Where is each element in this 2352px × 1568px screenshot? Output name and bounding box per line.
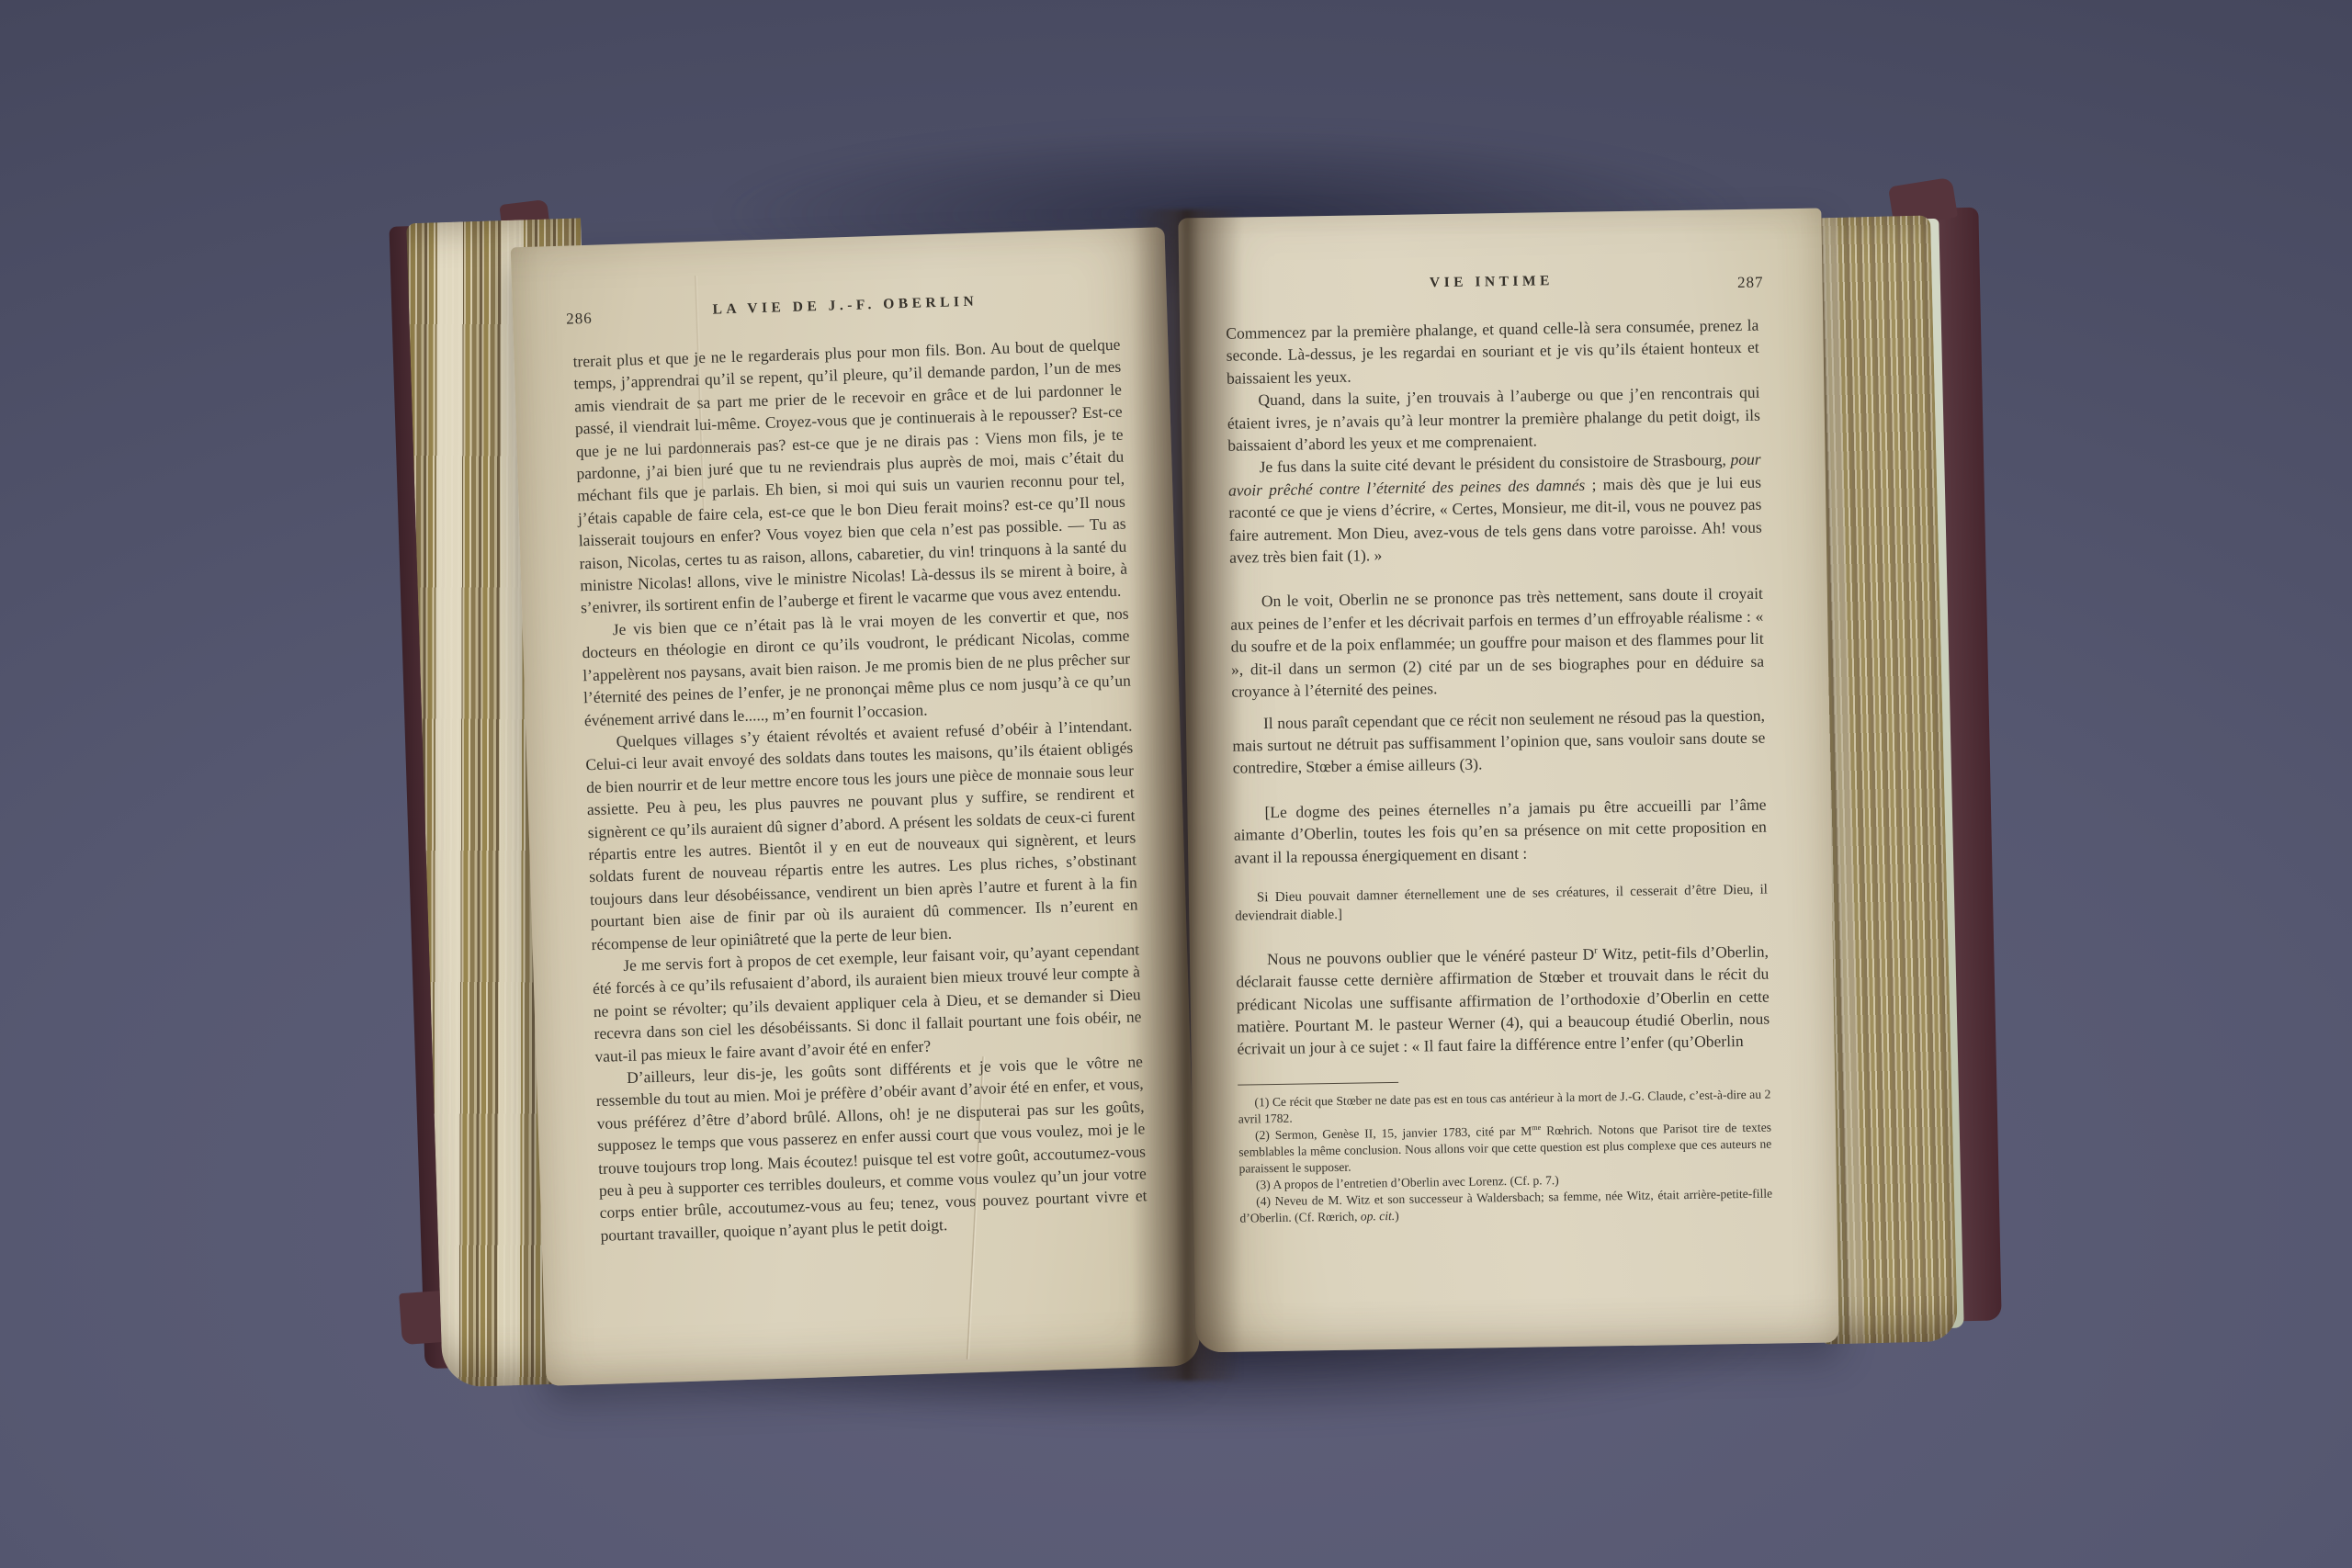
text-run: ) xyxy=(1395,1209,1399,1223)
text-run: Si Dieu pouvait damner éternellement une… xyxy=(1235,883,1768,924)
right-running-header: VIE INTIME xyxy=(1225,270,1758,295)
paragraph: Si Dieu pouvait damner éternellement une… xyxy=(1235,881,1769,927)
paragraph: On le voit, Oberlin ne se prononce pas t… xyxy=(1230,582,1765,703)
text-run: Je fus dans la suite cité devant le prés… xyxy=(1259,451,1730,477)
paragraph: Je me servis fort à propos de cet exempl… xyxy=(592,938,1143,1067)
footnote-separator xyxy=(1238,1082,1398,1086)
open-book-photo: 286 LA VIE DE J.-F. OBERLIN trerait plus… xyxy=(0,0,2352,1568)
text-run: (4) Neveu de M. Witz et son successeur à… xyxy=(1239,1187,1772,1225)
text-run: Je me servis fort à propos de cet exempl… xyxy=(593,940,1142,1065)
paragraph: Quand, dans la suite, j’en trouvais à l’… xyxy=(1227,381,1760,457)
text-run: Commencez par la première phalange, et q… xyxy=(1226,316,1759,388)
paragraph: Je vis bien que ce n’était pas là le vra… xyxy=(581,602,1132,731)
text-run: (2) Sermon, Genèse II, 15, janvier 1783,… xyxy=(1255,1124,1532,1143)
text-run: Je vis bien que ce n’était pas là le vra… xyxy=(582,604,1131,728)
text-run: Il nous paraît cependant que ce récit no… xyxy=(1232,705,1765,777)
paragraph: [Le dogme des peines éternelles n’a jama… xyxy=(1233,793,1767,868)
text-run: Nous ne pouvons oublier que le vénéré pa… xyxy=(1267,944,1594,968)
left-page-body: trerait plus et que je ne le regarderais… xyxy=(572,333,1148,1247)
text-run: trerait plus et que je ne le regarderais… xyxy=(572,335,1127,617)
paragraph: Je fus dans la suite cité devant le prés… xyxy=(1227,448,1762,569)
paragraph: Quelques villages s’y étaient révoltés e… xyxy=(584,714,1138,955)
right-page-body: Commencez par la première phalange, et q… xyxy=(1226,314,1770,1061)
paragraph: (2) Sermon, Genèse II, 15, janvier 1783,… xyxy=(1238,1119,1772,1177)
italic-text: op. cit. xyxy=(1361,1209,1396,1224)
right-page-footnotes: (1) Ce récit que Stœber ne date pas est … xyxy=(1238,1086,1772,1227)
text-run: D’ailleurs, leur dis-je, les goûts sont … xyxy=(596,1052,1148,1244)
left-page-header-row: 286 LA VIE DE J.-F. OBERLIN xyxy=(571,280,1119,338)
left-page: 286 LA VIE DE J.-F. OBERLIN trerait plus… xyxy=(511,227,1201,1386)
paragraph: D’ailleurs, leur dis-je, les goûts sont … xyxy=(595,1050,1148,1247)
text-run: On le voit, Oberlin ne se prononce pas t… xyxy=(1230,584,1764,701)
right-page-content: VIE INTIME 287 Commencez par la première… xyxy=(1178,209,1838,1353)
photograph-background: { "photo_subject": "open antique book, t… xyxy=(0,0,2352,1568)
text-run: Quand, dans la suite, j’en trouvais à l’… xyxy=(1227,383,1760,455)
text-run: Quelques villages s’y étaient révoltés e… xyxy=(585,716,1138,953)
right-page-header-row: VIE INTIME 287 xyxy=(1225,261,1758,310)
paragraph: (4) Neveu de M. Witz et son successeur à… xyxy=(1239,1186,1772,1227)
right-page: VIE INTIME 287 Commencez par la première… xyxy=(1178,209,1838,1353)
left-running-header: LA VIE DE J.-F. OBERLIN xyxy=(571,289,1119,323)
left-page-content: 286 LA VIE DE J.-F. OBERLIN trerait plus… xyxy=(511,227,1201,1386)
right-page-number: 287 xyxy=(1737,274,1764,292)
paragraph: Il nous paraît cependant que ce récit no… xyxy=(1232,704,1766,779)
paragraph: Nous ne pouvons oublier que le vénéré pa… xyxy=(1236,940,1770,1060)
paragraph: trerait plus et que je ne le regarderais… xyxy=(572,333,1128,619)
text-run: [Le dogme des peines éternelles n’a jama… xyxy=(1234,795,1767,866)
book-gutter-shadow xyxy=(1132,209,1242,1381)
superscript: me xyxy=(1532,1123,1541,1132)
paragraph: Commencez par la première phalange, et q… xyxy=(1226,314,1759,389)
